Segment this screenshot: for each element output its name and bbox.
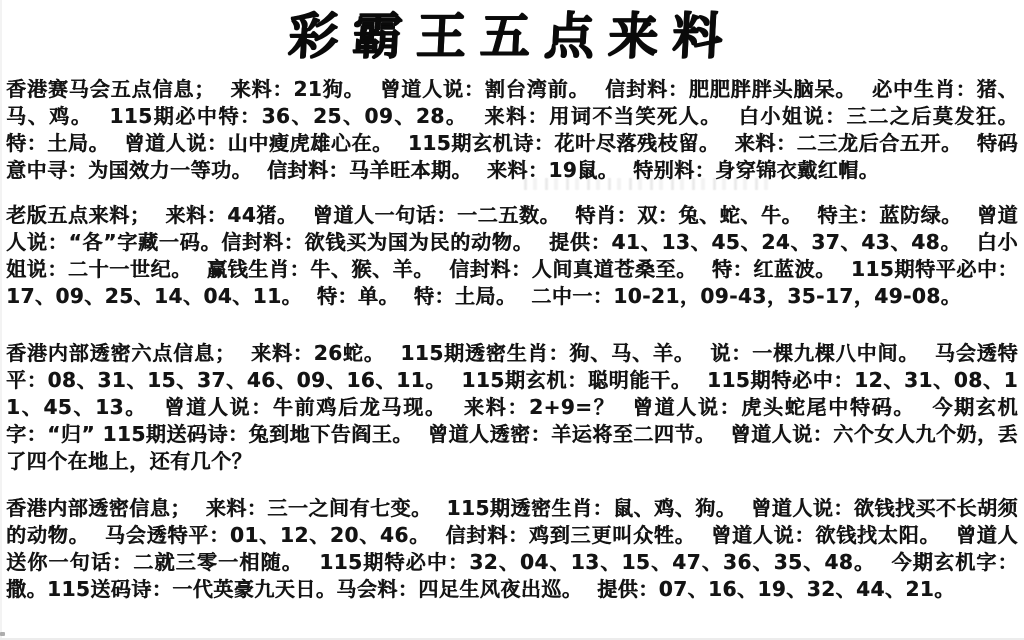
- paragraph-hk-internal-six-point: 香港内部透密六点信息； 来料：26蛇。 115期透密生肖：狗、马、羊。 说：一棵…: [6, 340, 1018, 475]
- sheet-title: 彩霸王五点来料: [5, 10, 1020, 62]
- paragraph-hk-internal-info: 香港内部透密信息； 来料：三一之间有七变。 115期透密生肖：鼠、鸡、狗。 曾道…: [6, 495, 1018, 603]
- scanned-lottery-sheet: 彩霸王五点来料 香港赛马会五点信息； 来料：21狗。 曾道人说：割台湾前。 信封…: [0, 0, 1024, 640]
- scan-speck-artifact: [0, 632, 5, 636]
- paragraph-jockey-club-five-point: 香港赛马会五点信息； 来料：21狗。 曾道人说：割台湾前。 信封料：肥肥胖胖头脑…: [6, 76, 1018, 184]
- paragraph-old-version-five-point: 老版五点来料； 来料：44猪。 曾道人一句话：一二五数。 特肖：双：兔、蛇、牛。…: [6, 202, 1018, 310]
